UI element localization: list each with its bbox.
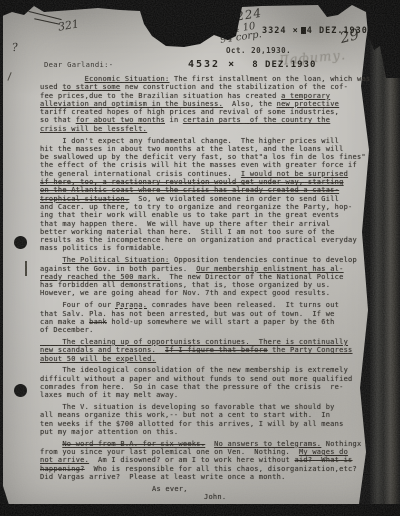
text-segment: mass politics is formidable. — [40, 244, 165, 252]
paragraph: The ideological consolidation of the new… — [40, 366, 376, 399]
text-segment: so that — [40, 116, 76, 124]
typed-line: The cleaning up of opportunists continue… — [40, 338, 376, 346]
typed-line: laxes much of it may melt away. — [40, 391, 376, 399]
text-segment: all means organize this work,-- but not … — [40, 411, 330, 419]
text-segment: Nothingx — [321, 440, 361, 448]
text-segment: has forbidden all demonstrations, that i… — [40, 281, 330, 289]
stamp-separator-glyph: × — [293, 26, 299, 36]
text-segment: the Party Congress — [268, 346, 353, 354]
typed-line: and Cacer. up there, to try to organize … — [40, 203, 376, 211]
paragraph: The cleaning up of opportunists continue… — [40, 338, 376, 363]
text-segment — [205, 440, 214, 448]
typed-line: alleviation and optimism in the business… — [40, 100, 376, 108]
text-segment: better working material than here. Still… — [40, 228, 335, 236]
typed-line: has forbidden all demonstrations, that i… — [40, 281, 376, 289]
typed-line: ready reached the 500 mark. The new Dire… — [40, 273, 376, 281]
text-segment: to start some — [62, 83, 120, 91]
text-segment: ready reached the 500 mark. — [40, 273, 161, 281]
text-segment: The new Director of the National Police — [161, 273, 344, 281]
margin-tick — [25, 261, 27, 276]
typed-line: trophical situation. So, we violated som… — [40, 195, 376, 203]
text-segment: comrades from here. So in case that the … — [40, 383, 344, 391]
paragraph: The V. situation is developing so favora… — [40, 403, 376, 436]
text-segment: for about two months — [76, 116, 165, 124]
stamp-separator — [220, 59, 228, 70]
text-segment: that may happen there. We will have up t… — [40, 220, 330, 228]
text-segment: I don't expect any fundamental change. T… — [40, 137, 339, 145]
text-segment: The V. situation is developing so favora… — [40, 403, 335, 411]
text-segment: The Political Situation: — [62, 256, 169, 264]
text-segment — [40, 440, 62, 448]
typed-line: if here, too, a reactionary revolution w… — [40, 178, 376, 186]
typed-line: from you since your last polemical one o… — [40, 448, 376, 456]
paragraph: The Political Situation: Opposition tend… — [40, 256, 376, 297]
typed-line: all means organize this work,-- but not … — [40, 411, 376, 419]
typed-line: ing that their work will enable us to ta… — [40, 211, 376, 219]
text-segment: hold-up somewhere we will start a paper … — [107, 318, 335, 326]
typed-line: against the Gov. in both parties. Our me… — [40, 265, 376, 273]
text-segment: No word from B.A. for six weeks. — [62, 440, 205, 448]
typed-line: put my major attention on this. — [40, 428, 376, 436]
typed-line: better working material than here. Still… — [40, 228, 376, 236]
typed-line: crisis will be lessfelt. — [40, 125, 376, 133]
typed-line: can make a bank hold-up somewhere we wil… — [40, 318, 376, 326]
text-segment: The first installment on the loan, which… — [169, 75, 370, 83]
text-segment: difficult without a paper and without fu… — [40, 375, 353, 383]
text-segment: Who is responsible for all this chaos, d… — [85, 465, 357, 473]
typed-line: Economic Situation: The first installmen… — [40, 75, 376, 83]
text-segment: Did Vargas arrive? Please at least write… — [40, 473, 286, 481]
text-segment: the general international crisis continu… — [40, 170, 241, 178]
typed-line: difficult without a paper and without fu… — [40, 375, 376, 383]
stamp-date: 4 DEZ.1930 — [307, 26, 368, 36]
text-segment: I would not be surprised — [241, 170, 348, 178]
text-segment: ten weeks if the $700 allotted for this … — [40, 420, 344, 428]
photo-edge-bottom — [0, 504, 400, 516]
text-segment: trophical situation. — [40, 195, 129, 203]
text-segment: Parana. — [116, 301, 147, 309]
stamp-number: 4532 — [188, 59, 220, 70]
receipt-stamp-3324: 3324 ×4 DEZ.1930 — [262, 26, 368, 36]
typed-line: No word from B.A. for six weeks. No answ… — [40, 440, 376, 448]
stamp-ink-blotch — [301, 27, 306, 34]
typed-line: used to start some new construction and … — [40, 83, 376, 91]
text-segment: a temporary — [281, 92, 330, 100]
typed-line: Did Vargas arrive? Please at least write… — [40, 473, 376, 481]
typed-line: that may happen there. We will have up t… — [40, 220, 376, 228]
text-segment: certain parts of the country the — [183, 116, 330, 124]
typed-line: not arrive. Am I disowned? or am I to wo… — [40, 456, 376, 464]
text-segment: Also, the — [223, 100, 277, 108]
text-segment: can make a — [40, 318, 89, 326]
text-segment: My wages do — [299, 448, 348, 456]
typed-line: The Political Situation: Opposition tend… — [40, 256, 376, 264]
paragraph: Four of our Parana. comrades have been r… — [40, 301, 376, 334]
typed-line: mass politics is formidable. — [40, 244, 376, 252]
stamp-number: 3324 — [262, 26, 286, 36]
typed-line: The V. situation is developing so favora… — [40, 403, 376, 411]
typed-date: Oct. 20,1930. — [226, 46, 291, 55]
typed-line: the general international crisis continu… — [40, 170, 376, 178]
stamp-separator-glyph: × — [228, 59, 236, 70]
text-segment: on the Atlantic coast where the crisis h… — [40, 186, 339, 194]
text-segment: about 50 will be expelled. — [40, 355, 156, 363]
text-segment: crisis will be lessfelt. — [40, 125, 147, 133]
typed-line: hit the masses in about two months at th… — [40, 145, 376, 153]
typed-line: tariff created hopes of high prices and … — [40, 108, 376, 116]
typed-line: on the Atlantic coast where the crisis h… — [40, 186, 376, 194]
text-segment: hit the masses in about two months at th… — [40, 145, 344, 153]
text-segment — [40, 75, 85, 83]
text-segment: put my major attention on this. — [40, 428, 178, 436]
text-segment: bank — [89, 318, 107, 326]
text-segment: ing that their work will enable us to ta… — [40, 211, 339, 219]
text-segment: that Salv. Pla. has not been arrested, b… — [40, 310, 335, 318]
typed-line: that Salv. Pla. has not been arrested, b… — [40, 310, 376, 318]
receipt-stamp-4532: 4532 × 8 DEZ.1930 — [188, 59, 316, 70]
text-segment: new protective — [277, 100, 340, 108]
text-segment: So, we violated someone in order to send… — [129, 195, 339, 203]
text-segment: Economic Situation: — [85, 75, 170, 83]
typed-line: results as the incompetence here on orga… — [40, 236, 376, 244]
typed-line: The ideological consolidation of the new… — [40, 366, 376, 374]
handwritten-question-mark: ? — [11, 41, 18, 55]
text-segment: happening? — [40, 465, 85, 473]
text-segment: The cleaning up of opportunists continue… — [40, 338, 348, 346]
typed-line: of December. — [40, 326, 376, 334]
typed-line: be swallowed up by the deficit very fast… — [40, 153, 376, 161]
text-segment: If I figure that before — [165, 346, 268, 354]
text-segment: used — [40, 83, 62, 91]
typed-line: I don't expect any fundamental change. T… — [40, 137, 376, 145]
text-segment — [40, 256, 62, 264]
text-segment: No answers to telegrams. — [214, 440, 321, 448]
typed-line: so that for about two months in certain … — [40, 116, 376, 124]
text-segment: fee prices,due to the Brazilian situatio… — [40, 92, 281, 100]
text-segment: of December. — [40, 326, 94, 334]
text-segment: and Cacer. up there, to try to organize … — [40, 203, 353, 211]
stamp-date: 8 DEZ.1930 — [252, 60, 316, 70]
hole-punch-top — [14, 236, 27, 249]
paragraph: I don't expect any fundamental change. T… — [40, 137, 376, 253]
text-segment: comrades have been released. It turns ou… — [147, 301, 339, 309]
typed-line: new scandals and treasons. If I figure t… — [40, 346, 376, 354]
hole-punch-bottom — [14, 384, 27, 397]
salutation: Dear Garlandi:- — [44, 60, 113, 69]
text-segment: tariff created hopes of high prices and … — [40, 108, 339, 116]
text-segment: not arrive. — [40, 456, 89, 464]
typed-line: about 50 will be expelled. — [40, 355, 376, 363]
typed-line: However, we are going ahead for Nov. 7th… — [40, 289, 376, 297]
text-segment: The ideological consolidation of the new… — [40, 366, 348, 374]
text-segment: Four of our — [40, 301, 116, 309]
text-segment: results as the incompetence here on orga… — [40, 236, 357, 244]
text-segment: Am I disowned? or am I to work here with… — [89, 456, 294, 464]
typed-line: happening? Who is responsible for all th… — [40, 465, 376, 473]
text-segment: alleviation and optimism in the business… — [40, 100, 223, 108]
text-segment: laxes much of it may melt away. — [40, 391, 178, 399]
text-segment: aid? What is — [294, 456, 352, 464]
text-segment: However, we are going ahead for Nov. 7th… — [40, 289, 330, 297]
text-segment: Our membership enlistment has al- — [196, 265, 343, 273]
photo-edge-left — [0, 0, 3, 516]
text-segment: if here, too, a reactionary revolution w… — [40, 178, 344, 186]
text-segment: the effect of the crisis will hit the ma… — [40, 161, 357, 169]
letter-body: Economic Situation: The first installmen… — [40, 75, 376, 501]
text-segment: be swallowed up by the deficit very fast… — [40, 153, 366, 161]
text-segment: Opposition tendencies continue to develo… — [169, 256, 357, 264]
signature: John. — [40, 493, 376, 501]
text-segment: new construction and the stabilization o… — [120, 83, 348, 91]
paragraph: Economic Situation: The first installmen… — [40, 75, 376, 133]
typed-line: comrades from here. So in case that the … — [40, 383, 376, 391]
text-segment: new scandals and treasons. — [40, 346, 165, 354]
closing: As ever, — [40, 485, 376, 493]
paragraph: No word from B.A. for six weeks. No answ… — [40, 440, 376, 481]
photographed-letter: 321 ? 11224 94 10 94 corp. 29 Лафиту. 33… — [0, 0, 400, 516]
typed-line: fee prices,due to the Brazilian situatio… — [40, 92, 376, 100]
text-segment: against the Gov. in both parties. — [40, 265, 196, 273]
typed-line: ten weeks if the $700 allotted for this … — [40, 420, 376, 428]
text-segment: in — [165, 116, 183, 124]
typed-line: Four of our Parana. comrades have been r… — [40, 301, 376, 309]
typed-line: the effect of the crisis will hit the ma… — [40, 161, 376, 169]
text-segment: from you since your last polemical one o… — [40, 448, 299, 456]
stamp-gap — [236, 59, 252, 70]
